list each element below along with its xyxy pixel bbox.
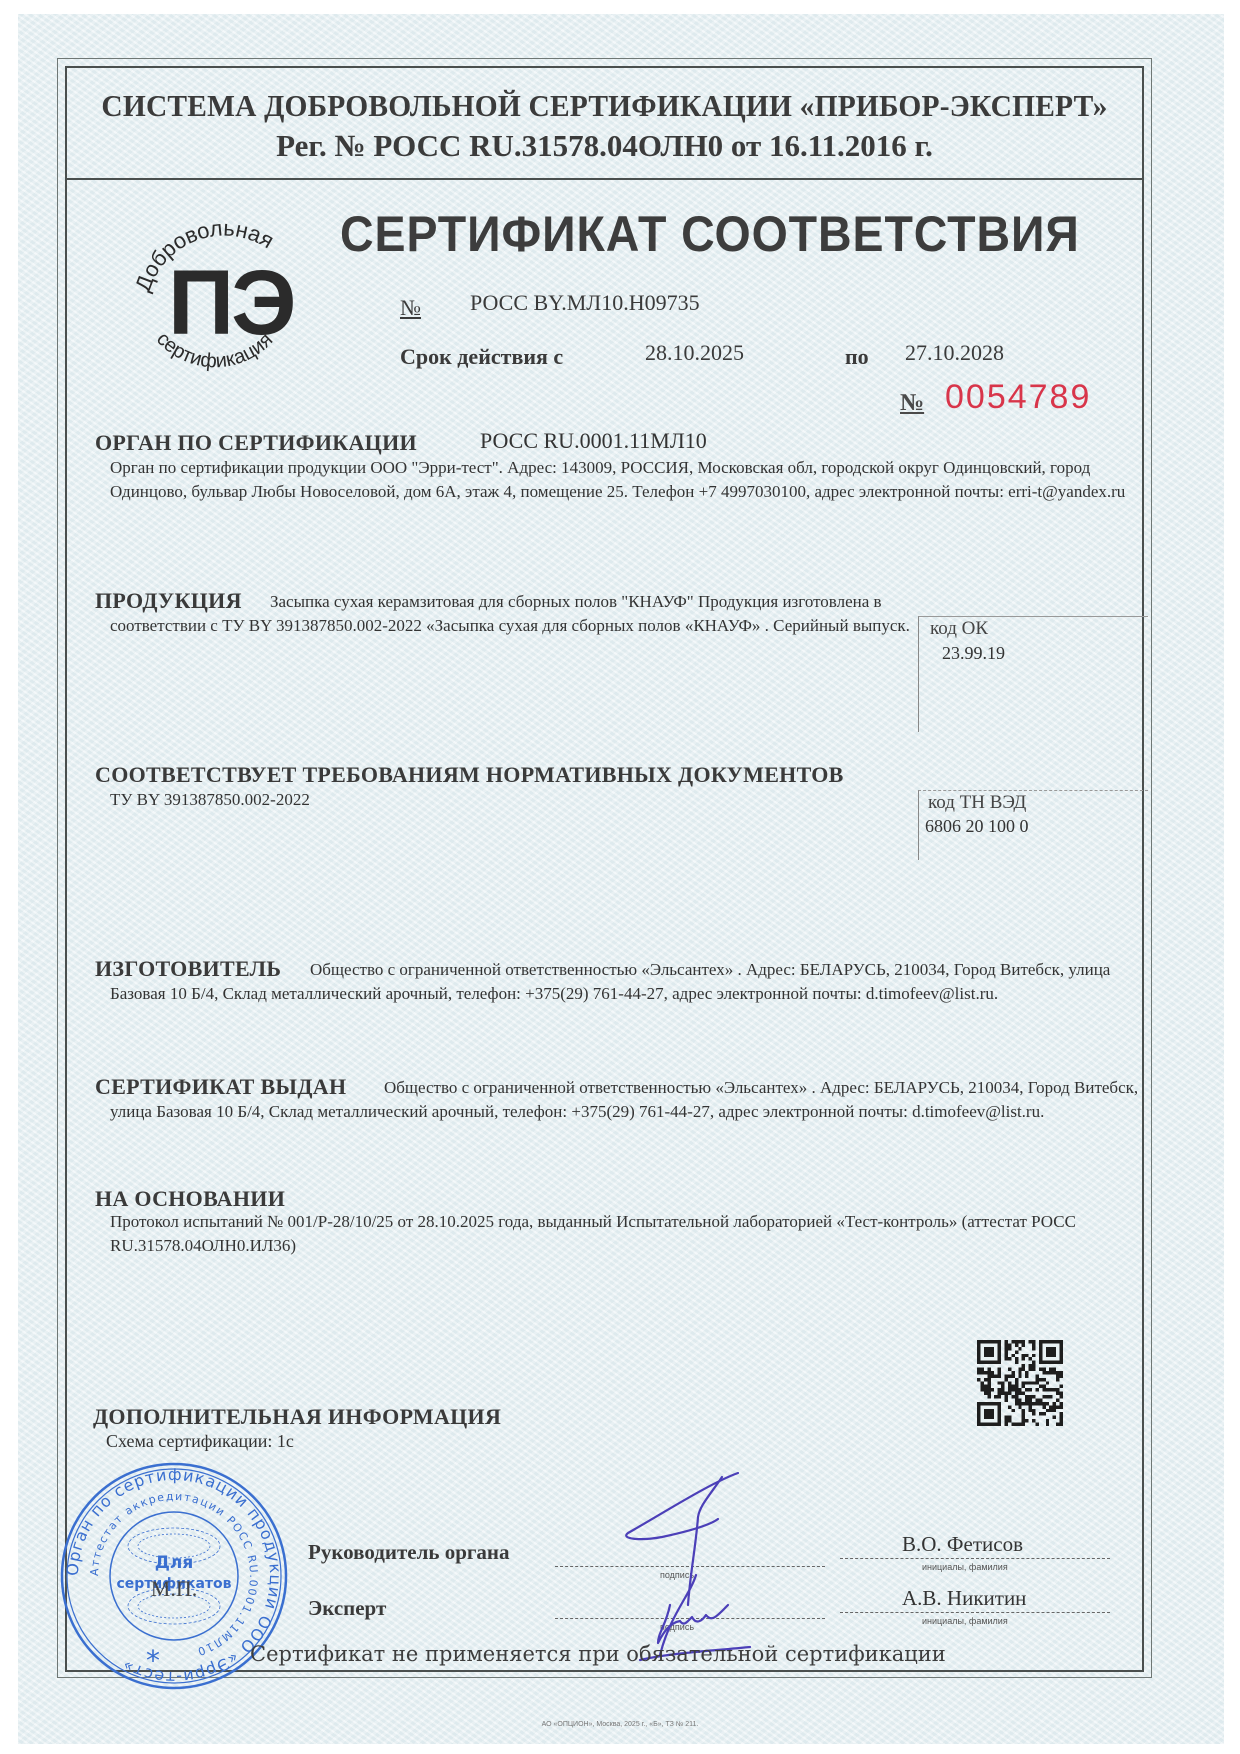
qr-code-icon	[977, 1340, 1063, 1426]
svg-text:Аттестат аккредитации РОСС RU.: Аттестат аккредитации РОСС RU.0001.11МЛ1…	[88, 1490, 260, 1659]
pe-logo: Добровольная сертификация ПЭ	[130, 205, 310, 405]
ok-code-label: код ОК	[930, 618, 988, 640]
voluntary-only-note: Сертификат не применяется при обязательн…	[250, 1642, 946, 1666]
normative-documents: ТУ BY 391387850.002-2022	[110, 790, 310, 810]
serial-number: 0054789	[945, 378, 1091, 417]
number-sign: №	[400, 295, 421, 321]
head-of-body-label: Руководитель органа	[308, 1540, 510, 1565]
certification-body-code: РОСС RU.0001.11МЛ10	[480, 428, 707, 454]
valid-to-date: 27.10.2028	[905, 340, 1004, 366]
certification-body-details: Орган по сертификации продукции ООО "Эрр…	[110, 456, 1160, 504]
product-description: Засыпка сухая керамзитовая для сборных п…	[110, 590, 910, 638]
svg-text:*: *	[146, 1644, 160, 1677]
system-title: СИСТЕМА ДОБРОВОЛЬНОЙ СЕРТИФИКАЦИИ «ПРИБО…	[93, 88, 1116, 124]
certificate-title: СЕРТИФИКАТ СООТВЕТСТВИЯ	[340, 205, 1080, 263]
head-name-hint: инициалы, фамилия	[922, 1562, 1008, 1572]
expert-name-hint: инициалы, фамилия	[922, 1616, 1008, 1626]
logo-mark: ПЭ	[168, 257, 294, 349]
printer-imprint: АО «ОПЦИОН», Москва, 2025 г., «Б», ТЗ № …	[0, 1721, 1240, 1728]
expert-name-line	[840, 1612, 1110, 1613]
certification-scheme: Схема сертификации: 1с	[106, 1431, 294, 1452]
head-of-body-name: В.О. Фетисов	[902, 1532, 1023, 1557]
tn-ved-value: 6806 20 100 0	[925, 816, 1029, 837]
basis-heading: НА ОСНОВАНИИ	[95, 1186, 285, 1212]
qr-code[interactable]	[977, 1340, 1063, 1426]
expert-name: А.В. Никитин	[902, 1586, 1026, 1611]
expert-label: Эксперт	[308, 1596, 386, 1621]
tn-ved-label: код ТН ВЭД	[928, 792, 1026, 814]
certificate-number: РОСС BY.МЛ10.Н09735	[470, 290, 700, 316]
basis-details: Протокол испытаний № 001/Р-28/10/25 от 2…	[110, 1210, 1160, 1258]
issued-to-details: Общество с ограниченной ответственностью…	[110, 1076, 1160, 1124]
certification-body-heading: ОРГАН ПО СЕРТИФИКАЦИИ	[95, 430, 417, 456]
serial-number-sign: №	[900, 390, 924, 417]
validity-label: Срок действия с	[400, 344, 563, 370]
header-divider	[66, 178, 1143, 180]
system-registration: Рег. № РОСС RU.31578.04ОЛН0 от 16.11.201…	[66, 128, 1143, 164]
svg-text:М.П.: М.П.	[151, 1576, 197, 1601]
manufacturer-details: Общество с ограниченной ответственностью…	[110, 958, 1160, 1006]
conformity-heading: СООТВЕТСТВУЕТ ТРЕБОВАНИЯМ НОРМАТИВНЫХ ДО…	[95, 762, 844, 788]
valid-from-date: 28.10.2025	[645, 340, 744, 366]
valid-to-label: по	[845, 344, 869, 370]
svg-text:Для: Для	[155, 1553, 194, 1573]
head-name-line	[840, 1558, 1110, 1559]
ok-code-value: 23.99.19	[942, 643, 1005, 664]
additional-info-heading: ДОПОЛНИТЕЛЬНАЯ ИНФОРМАЦИЯ	[93, 1404, 501, 1430]
